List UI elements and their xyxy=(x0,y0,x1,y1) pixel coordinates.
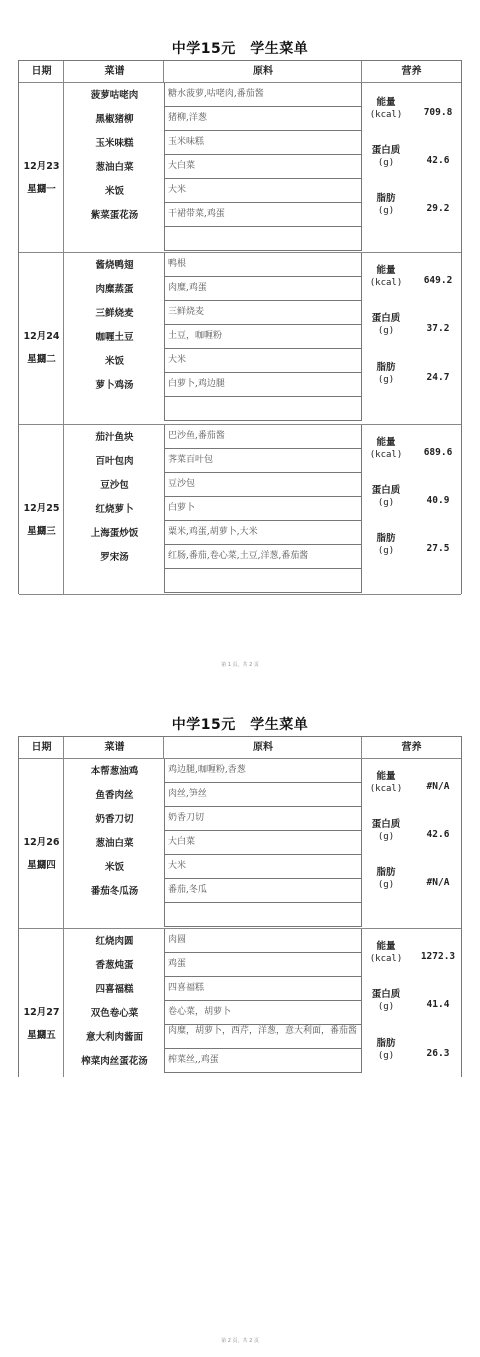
dish-item: 百叶包肉 xyxy=(65,451,164,475)
protein-label: 蛋白质 xyxy=(368,145,404,157)
ingredient-cell: 鸡边腿,咖喱粉,香葱 xyxy=(164,759,362,783)
date-label: 12月26日 xyxy=(19,831,64,854)
protein-label: 蛋白质 xyxy=(368,485,404,497)
dish-item: 咖喱土豆 xyxy=(65,327,164,351)
fat-value: #N/A xyxy=(417,877,459,888)
fat-unit: (g) xyxy=(368,1050,404,1062)
ingredient-cell xyxy=(164,903,362,927)
dish-item: 奶香刀切 xyxy=(65,809,164,833)
dish-item: 酱烧鸭翅 xyxy=(65,255,164,279)
day-block: 12月23日 星期一 菠萝咕咾肉 黑椒猪柳 玉米味糕 葱油白菜 米饭 紫菜蛋花汤… xyxy=(19,83,461,253)
ingredient-cell: 土豆，咖喱粉 xyxy=(164,325,362,349)
protein-label: 蛋白质 xyxy=(368,989,404,1001)
day-date: 12月23日 星期一 xyxy=(19,155,64,201)
nutrition-fat: 脂肪(g) 27.5 xyxy=(362,533,461,573)
dish-item: 茄汁鱼块 xyxy=(65,427,164,451)
dish-item: 四喜福糕 xyxy=(65,979,164,1003)
dish-item: 榨菜肉丝蛋花汤 xyxy=(65,1051,164,1075)
fat-label: 脂肪 xyxy=(368,193,404,205)
dish-item: 肉糜蒸蛋 xyxy=(65,279,164,303)
nutrition-protein: 蛋白质(g) 40.9 xyxy=(362,485,461,525)
menu-table: 日期 菜谱 原料 营养 12月26日 星期四 本帮葱油鸡 鱼香肉丝 奶香刀切 葱… xyxy=(18,736,462,1077)
ingredient-cell: 三鲜烧麦 xyxy=(164,301,362,325)
ingredient-list: 鸡边腿,咖喱粉,香葱 肉丝,笋丝 奶香刀切 大白菜 大米 番茄,冬瓜 xyxy=(164,759,362,927)
ingredient-cell: 红肠,番茄,卷心菜,土豆,洋葱,番茄酱 xyxy=(164,545,362,569)
energy-label: 能量 xyxy=(368,771,404,783)
dish-item: 香葱炖蛋 xyxy=(65,955,164,979)
day-block: 12月27日 星期五 红烧肉圆 香葱炖蛋 四喜福糕 双色卷心菜 意大利肉酱面 榨… xyxy=(19,929,461,1077)
ingredient-cell: 粟米,鸡蛋,胡萝卜,大米 xyxy=(164,521,362,545)
dish-item: 米饭 xyxy=(65,351,164,375)
ingredient-list: 肉圆 鸡蛋 四喜福糕 卷心菜，胡萝卜 肉糜，胡萝卜，西芹，洋葱，意大利面，番茄酱… xyxy=(164,929,362,1073)
energy-label: 能量 xyxy=(368,941,404,953)
nutrition-protein: 蛋白质(g) 42.6 xyxy=(362,819,461,859)
page-title: 中学15元 学生菜单 xyxy=(0,714,480,734)
nutrition-fat: 脂肪(g) 29.2 xyxy=(362,193,461,233)
dish-item: 红烧萝卜 xyxy=(65,499,164,523)
energy-unit: (kcal) xyxy=(368,783,404,795)
header-date: 日期 xyxy=(19,737,64,758)
protein-label: 蛋白质 xyxy=(368,313,404,325)
ingredient-list: 鸭根 肉糜,鸡蛋 三鲜烧麦 土豆，咖喱粉 大米 白萝卜,鸡边腿 xyxy=(164,253,362,421)
fat-value: 27.5 xyxy=(417,543,459,554)
dish-item: 米饭 xyxy=(65,857,164,881)
ingredient-cell: 鸭根 xyxy=(164,253,362,277)
ingredient-list: 糖水菠萝,咕咾肉,番茄酱 猪柳,洋葱 玉米味糕 大白菜 大米 干裙带菜,鸡蛋 xyxy=(164,83,362,251)
protein-value: 41.4 xyxy=(417,999,459,1010)
ingredient-cell: 豆沙包 xyxy=(164,473,362,497)
fat-unit: (g) xyxy=(368,205,404,217)
ingredient-cell: 肉糜,鸡蛋 xyxy=(164,277,362,301)
ingredient-cell: 肉丝,笋丝 xyxy=(164,783,362,807)
protein-unit: (g) xyxy=(368,157,404,169)
day-block: 12月25日 星期三 茄汁鱼块 百叶包肉 豆沙包 红烧萝卜 上海蛋炒饭 罗宋汤 … xyxy=(19,425,461,595)
nutrition-energy: 能量(kcal) 709.8 xyxy=(362,97,461,137)
weekday-label: 星期一 xyxy=(19,178,64,201)
ingredient-cell: 肉圆 xyxy=(164,929,362,953)
ingredient-cell: 榨菜丝,,鸡蛋 xyxy=(164,1049,362,1073)
dish-list: 茄汁鱼块 百叶包肉 豆沙包 红烧萝卜 上海蛋炒饭 罗宋汤 xyxy=(65,427,164,571)
table-header: 日期 菜谱 原料 营养 xyxy=(19,61,461,83)
ingredient-cell: 大米 xyxy=(164,855,362,879)
weekday-label: 星期二 xyxy=(19,348,64,371)
dish-item: 萝卜鸡汤 xyxy=(65,375,164,399)
dish-item: 黑椒猪柳 xyxy=(65,109,164,133)
ingredient-cell: 鸡蛋 xyxy=(164,953,362,977)
ingredient-cell: 肉糜，胡萝卜，西芹，洋葱，意大利面，番茄酱 xyxy=(164,1025,362,1049)
protein-value: 42.6 xyxy=(417,829,459,840)
page-footer: 第 2 页，共 2 页 xyxy=(0,1337,480,1344)
energy-value: 709.8 xyxy=(417,107,459,118)
ingredient-cell: 白萝卜 xyxy=(164,497,362,521)
ingredient-cell: 干裙带菜,鸡蛋 xyxy=(164,203,362,227)
energy-label: 能量 xyxy=(368,265,404,277)
energy-unit: (kcal) xyxy=(368,109,404,121)
date-label: 12月24日 xyxy=(19,325,64,348)
ingredient-cell: 大白菜 xyxy=(164,155,362,179)
weekday-label: 星期三 xyxy=(19,520,64,543)
day-block: 12月24日 星期二 酱烧鸭翅 肉糜蒸蛋 三鲜烧麦 咖喱土豆 米饭 萝卜鸡汤 鸭… xyxy=(19,253,461,425)
weekday-label: 星期四 xyxy=(19,854,64,877)
date-label: 12月27日 xyxy=(19,1001,64,1024)
dish-list: 菠萝咕咾肉 黑椒猪柳 玉米味糕 葱油白菜 米饭 紫菜蛋花汤 xyxy=(65,85,164,229)
fat-unit: (g) xyxy=(368,545,404,557)
ingredient-cell: 糖水菠萝,咕咾肉,番茄酱 xyxy=(164,83,362,107)
page-title: 中学15元 学生菜单 xyxy=(0,38,480,58)
energy-value: 649.2 xyxy=(417,275,459,286)
dish-item: 菠萝咕咾肉 xyxy=(65,85,164,109)
dish-item: 米饭 xyxy=(65,181,164,205)
ingredient-cell: 奶香刀切 xyxy=(164,807,362,831)
nutrition-protein: 蛋白质(g) 42.6 xyxy=(362,145,461,185)
header-dish: 菜谱 xyxy=(65,61,164,82)
protein-unit: (g) xyxy=(368,497,404,509)
energy-value: 689.6 xyxy=(417,447,459,458)
fat-label: 脂肪 xyxy=(368,533,404,545)
dish-item: 紫菜蛋花汤 xyxy=(65,205,164,229)
header-dish: 菜谱 xyxy=(65,737,164,758)
header-nutrition: 营养 xyxy=(362,61,461,82)
fat-unit: (g) xyxy=(368,879,404,891)
nutrition-fat: 脂肪(g) 26.3 xyxy=(362,1038,461,1078)
page-footer: 第 1 页，共 2 页 xyxy=(0,661,480,668)
menu-table: 日期 菜谱 原料 营养 12月23日 星期一 菠萝咕咾肉 黑椒猪柳 玉米味糕 葱… xyxy=(18,60,462,594)
energy-value: #N/A xyxy=(417,781,459,792)
dish-item: 葱油白菜 xyxy=(65,157,164,181)
header-nutrition: 营养 xyxy=(362,737,461,758)
day-block: 12月26日 星期四 本帮葱油鸡 鱼香肉丝 奶香刀切 葱油白菜 米饭 番茄冬瓜汤… xyxy=(19,759,461,929)
ingredient-cell: 番茄,冬瓜 xyxy=(164,879,362,903)
energy-label: 能量 xyxy=(368,437,404,449)
day-date: 12月27日 星期五 xyxy=(19,1001,64,1047)
nutrition-protein: 蛋白质(g) 41.4 xyxy=(362,989,461,1029)
fat-value: 29.2 xyxy=(417,203,459,214)
dish-item: 葱油白菜 xyxy=(65,833,164,857)
day-date: 12月24日 星期二 xyxy=(19,325,64,371)
dish-item: 番茄冬瓜汤 xyxy=(65,881,164,905)
dish-item: 三鲜烧麦 xyxy=(65,303,164,327)
dish-list: 酱烧鸭翅 肉糜蒸蛋 三鲜烧麦 咖喱土豆 米饭 萝卜鸡汤 xyxy=(65,255,164,399)
nutrition-energy: 能量(kcal) 689.6 xyxy=(362,437,461,477)
fat-label: 脂肪 xyxy=(368,867,404,879)
nutrition-fat: 脂肪(g) #N/A xyxy=(362,867,461,907)
fat-value: 24.7 xyxy=(417,372,459,383)
energy-unit: (kcal) xyxy=(368,449,404,461)
protein-value: 37.2 xyxy=(417,323,459,334)
ingredient-cell: 四喜福糕 xyxy=(164,977,362,1001)
ingredient-cell: 卷心菜，胡萝卜 xyxy=(164,1001,362,1025)
ingredient-cell: 荠菜百叶包 xyxy=(164,449,362,473)
dish-item: 鱼香肉丝 xyxy=(65,785,164,809)
ingredient-cell xyxy=(164,397,362,421)
dish-list: 红烧肉圆 香葱炖蛋 四喜福糕 双色卷心菜 意大利肉酱面 榨菜肉丝蛋花汤 xyxy=(65,931,164,1075)
nutrition-energy: 能量(kcal) 1272.3 xyxy=(362,941,461,981)
table-header: 日期 菜谱 原料 营养 xyxy=(19,737,461,759)
energy-unit: (kcal) xyxy=(368,277,404,289)
dish-item: 本帮葱油鸡 xyxy=(65,761,164,785)
nutrition-fat: 脂肪(g) 24.7 xyxy=(362,362,461,402)
ingredient-list: 巴沙鱼,番茄酱 荠菜百叶包 豆沙包 白萝卜 粟米,鸡蛋,胡萝卜,大米 红肠,番茄… xyxy=(164,425,362,593)
dish-item: 双色卷心菜 xyxy=(65,1003,164,1027)
day-date: 12月26日 星期四 xyxy=(19,831,64,877)
ingredient-cell: 大米 xyxy=(164,179,362,203)
energy-value: 1272.3 xyxy=(417,951,459,962)
energy-label: 能量 xyxy=(368,97,404,109)
energy-unit: (kcal) xyxy=(368,953,404,965)
dish-list: 本帮葱油鸡 鱼香肉丝 奶香刀切 葱油白菜 米饭 番茄冬瓜汤 xyxy=(65,761,164,905)
protein-unit: (g) xyxy=(368,831,404,843)
fat-label: 脂肪 xyxy=(368,1038,404,1050)
protein-value: 40.9 xyxy=(417,495,459,506)
protein-label: 蛋白质 xyxy=(368,819,404,831)
dish-item: 上海蛋炒饭 xyxy=(65,523,164,547)
ingredient-cell: 白萝卜,鸡边腿 xyxy=(164,373,362,397)
ingredient-cell: 巴沙鱼,番茄酱 xyxy=(164,425,362,449)
fat-value: 26.3 xyxy=(417,1048,459,1059)
ingredient-cell: 猪柳,洋葱 xyxy=(164,107,362,131)
ingredient-cell xyxy=(164,227,362,251)
dish-item: 罗宋汤 xyxy=(65,547,164,571)
ingredient-cell: 玉米味糕 xyxy=(164,131,362,155)
header-date: 日期 xyxy=(19,61,64,82)
weekday-label: 星期五 xyxy=(19,1024,64,1047)
ingredient-cell xyxy=(164,569,362,593)
header-ingredients: 原料 xyxy=(164,61,362,82)
nutrition-protein: 蛋白质(g) 37.2 xyxy=(362,313,461,353)
nutrition-energy: 能量(kcal) #N/A xyxy=(362,771,461,811)
dish-item: 豆沙包 xyxy=(65,475,164,499)
date-label: 12月23日 xyxy=(19,155,64,178)
dish-item: 玉米味糕 xyxy=(65,133,164,157)
protein-unit: (g) xyxy=(368,1001,404,1013)
fat-unit: (g) xyxy=(368,374,404,386)
date-label: 12月25日 xyxy=(19,497,64,520)
protein-value: 42.6 xyxy=(417,155,459,166)
dish-item: 意大利肉酱面 xyxy=(65,1027,164,1051)
ingredient-cell: 大白菜 xyxy=(164,831,362,855)
ingredient-cell: 大米 xyxy=(164,349,362,373)
day-date: 12月25日 星期三 xyxy=(19,497,64,543)
nutrition-energy: 能量(kcal) 649.2 xyxy=(362,265,461,305)
fat-label: 脂肪 xyxy=(368,362,404,374)
dish-item: 红烧肉圆 xyxy=(65,931,164,955)
protein-unit: (g) xyxy=(368,325,404,337)
header-ingredients: 原料 xyxy=(164,737,362,758)
